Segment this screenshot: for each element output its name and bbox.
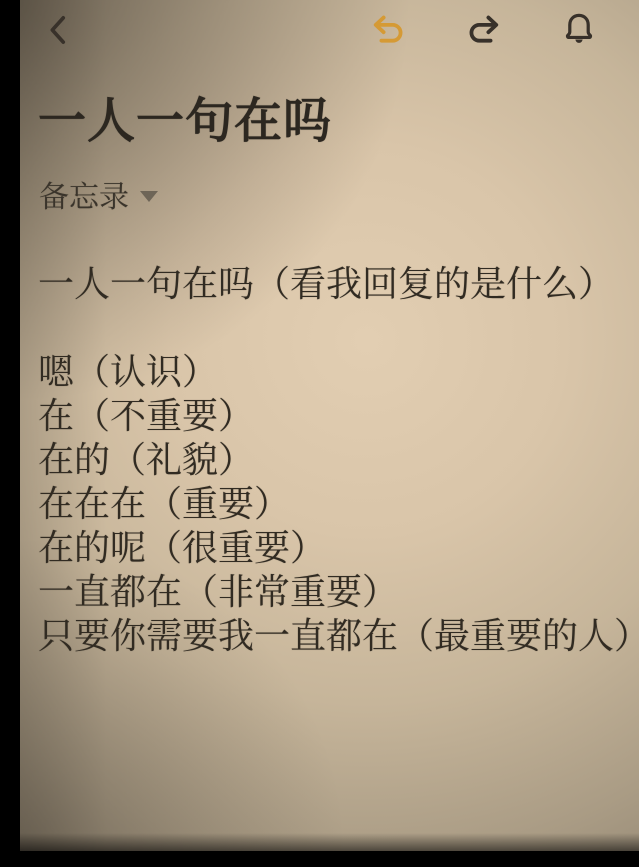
note-body-line: 在的（礼貌） — [38, 439, 639, 483]
redo-icon — [465, 12, 503, 48]
note-body-line: 在（不重要） — [38, 395, 639, 439]
redo-button[interactable] — [465, 12, 503, 48]
triangle-down-icon — [140, 191, 158, 202]
note-body-line: 嗯（认识） — [38, 351, 639, 395]
bell-icon — [561, 11, 597, 49]
undo-button[interactable] — [369, 12, 407, 48]
category-label: 备忘录 — [39, 172, 129, 216]
toolbar-actions — [369, 11, 597, 49]
note-body-line: 在的呢（很重要） — [38, 527, 639, 571]
toolbar — [20, 0, 639, 54]
notifications-button[interactable] — [561, 11, 597, 49]
screen-bottom-shadow — [20, 833, 639, 851]
chevron-left-icon — [44, 13, 74, 47]
note-body-line — [38, 307, 639, 351]
note-body-line: 一直都在（非常重要） — [38, 571, 639, 615]
undo-icon — [369, 12, 407, 48]
note-title[interactable]: 一人一句在吗 — [38, 82, 332, 151]
screenshot-stage: 一人一句在吗 备忘录 一人一句在吗（看我回复的是什么） 嗯（认识）在（不重要）在… — [0, 0, 639, 867]
back-button[interactable] — [44, 13, 74, 47]
note-body-line: 在在在（重要） — [38, 483, 639, 527]
note-body-line: 一人一句在吗（看我回复的是什么） — [38, 263, 639, 307]
notes-app-screen: 一人一句在吗 备忘录 一人一句在吗（看我回复的是什么） 嗯（认识）在（不重要）在… — [20, 0, 639, 851]
category-dropdown[interactable]: 备忘录 — [39, 172, 158, 216]
note-body[interactable]: 一人一句在吗（看我回复的是什么） 嗯（认识）在（不重要）在的（礼貌）在在在（重要… — [38, 263, 639, 659]
note-body-line: 只要你需要我一直都在（最重要的人） — [38, 615, 639, 659]
